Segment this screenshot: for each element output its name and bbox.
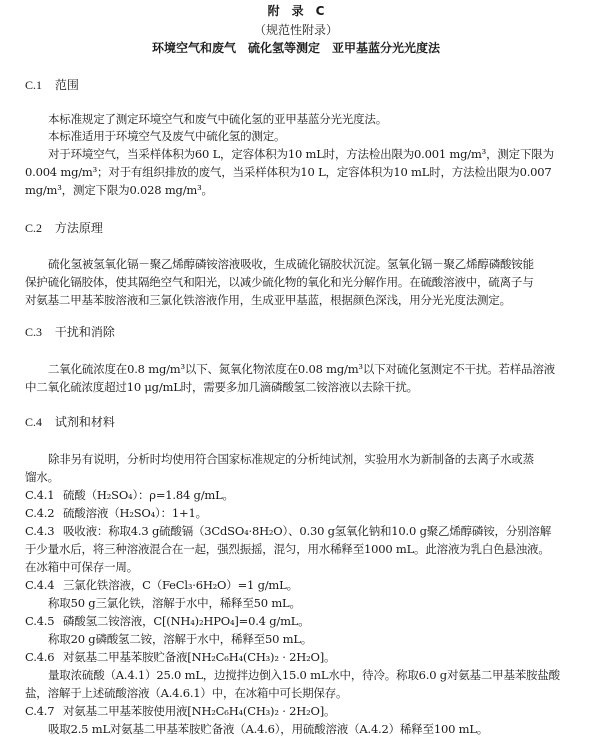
paragraph-line: 硫化氢被氢氧化镉－聚乙烯醇磷铵溶液吸收，生成硫化镉胶状沉淀。氢氧化镉－聚乙烯醇磷… [48,256,571,272]
subsection-c4-2: C.4.2硫酸溶液（H₂SO₄）：1+1。 [25,505,571,521]
section-title: 范围 [55,78,79,92]
subsection-number: C.4.3 [25,523,63,539]
section-title: 试剂和材料 [55,415,115,429]
subsection-c4-5: C.4.5磷酸氢二铵溶液，C[(NH₄)₂HPO₄]=0.4 g/mL。 [25,613,571,629]
paragraph-line: 盐，溶解于上述硫酸溶液（A.4.6.1）中，在冰箱中可长期保存。 [25,685,571,701]
section-heading-c4: C.4 试剂和材料 [25,414,115,430]
paragraph-line: 中二氧化硫浓度超过10 μg/mL时，需要多加几滴磷酸氢二铵溶液以去除干扰。 [25,379,571,395]
subsection-c4-3: C.4.3吸收液：称取4.3 g硫酸镉（3CdSO₄·8H₂O）、0.30 g氢… [25,523,571,539]
subsection-text: 硫酸（H₂SO₄）：ρ=1.84 g/mL。 [63,488,234,502]
subsection-c4-7: C.4.7对氨基二甲基苯胺使用液[NH₂C₆H₄(CH₃)₂ · 2H₂O]。 [25,703,571,719]
section-heading-c3: C.3 干扰和消除 [25,324,115,340]
paragraph-line: 馏水。 [25,469,571,485]
subsection-number: C.4.1 [25,487,63,503]
subsection-number: C.4.4 [25,577,63,593]
paragraph-line: 对氨基二甲基苯胺溶液和三氯化铁溶液作用，生成亚甲基蓝，根据颜色深浅，用分光光度法… [25,292,571,308]
subsection-text: 硫酸溶液（H₂SO₄）：1+1。 [63,506,207,520]
paragraph-line: 除非另有说明，分析时均使用符合国家标准规定的分析纯试剂，实验用水为新制备的去离子… [48,451,571,467]
section-title: 方法原理 [55,221,103,235]
paragraph-line: 吸取2.5 mL对氨基二甲基苯胺贮备液（A.4.6），用硫酸溶液（A.4.2）稀… [48,721,571,737]
subsection-text: 三氯化铁溶液，C（FeCl₃·6H₂O）=1 g/mL。 [63,578,298,592]
section-number: C.2 [25,220,51,236]
subsection-c4-4: C.4.4三氯化铁溶液，C（FeCl₃·6H₂O）=1 g/mL。 [25,577,571,593]
subsection-number: C.4.5 [25,613,63,629]
paragraph-line: 0.004 mg/m³；对于有组织排放的废气，当采样体积为10 L，定容体积为1… [25,164,571,180]
section-title: 干扰和消除 [55,325,115,339]
subsection-number: C.4.2 [25,505,63,521]
subsection-number: C.4.7 [25,703,63,719]
appendix-label: 附 录 C [0,3,592,19]
section-number: C.4 [25,414,51,430]
section-heading-c2: C.2 方法原理 [25,220,103,236]
paragraph-line: 于少量水后，将三种溶液混合在一起，强烈振摇，混匀，用水稀释至1000 mL。此溶… [25,541,571,557]
paragraph-line: 称取50 g三氯化铁，溶解于水中，稀释至50 mL。 [48,595,571,611]
paragraph-line: 本标准适用于环境空气及废气中硫化氢的测定。 [48,128,571,144]
subsection-c4-6: C.4.6对氨基二甲基苯胺贮备液[NH₂C₆H₄(CH₃)₂ · 2H₂O]。 [25,649,571,665]
subsection-text: 对氨基二甲基苯胺使用液[NH₂C₆H₄(CH₃)₂ · 2H₂O]。 [63,704,335,718]
paragraph-line: 称取20 g磷酸氢二铵，溶解于水中，稀释至50 mL。 [48,631,571,647]
paragraph-line: 二氧化硫浓度在0.8 mg/m³以下、氮氧化物浓度在0.08 mg/m³以下对硫… [48,361,571,377]
subsection-number: C.4.6 [25,649,63,665]
paragraph-line: 本标准规定了测定环境空气和废气中硫化氢的亚甲基蓝分光光度法。 [48,111,571,127]
section-heading-c1: C.1 范围 [25,77,79,93]
section-number: C.1 [25,77,51,93]
document-title: 环境空气和废气 硫化氢等测定 亚甲基蓝分光光度法 [0,40,592,56]
document-page: 附 录 C （规范性附录） 环境空气和废气 硫化氢等测定 亚甲基蓝分光光度法 C… [0,0,592,746]
subsection-text: 吸收液：称取4.3 g硫酸镉（3CdSO₄·8H₂O）、0.30 g氢氧化钠和1… [63,524,551,538]
subsection-text: 磷酸氢二铵溶液，C[(NH₄)₂HPO₄]=0.4 g/mL。 [63,614,310,628]
paragraph-line: 在冰箱中可保存一周。 [25,559,571,575]
paragraph-line: 保护硫化镉胶体，使其隔绝空气和阳光，以减少硫化物的氧化和光分解作用。在硫酸溶液中… [25,274,571,290]
section-number: C.3 [25,324,51,340]
paragraph-line: 量取浓硫酸（A.4.1）25.0 mL，边搅拌边倒入15.0 mL水中，待冷。称… [48,667,571,683]
paragraph-line: mg/m³，测定下限为0.028 mg/m³。 [25,182,571,198]
subsection-c4-1: C.4.1硫酸（H₂SO₄）：ρ=1.84 g/mL。 [25,487,571,503]
normative-label: （规范性附录） [0,22,592,38]
subsection-text: 对氨基二甲基苯胺贮备液[NH₂C₆H₄(CH₃)₂ · 2H₂O]。 [63,650,335,664]
paragraph-line: 对于环境空气，当采样体积为60 L，定容体积为10 mL时，方法检出限为0.00… [48,146,571,162]
